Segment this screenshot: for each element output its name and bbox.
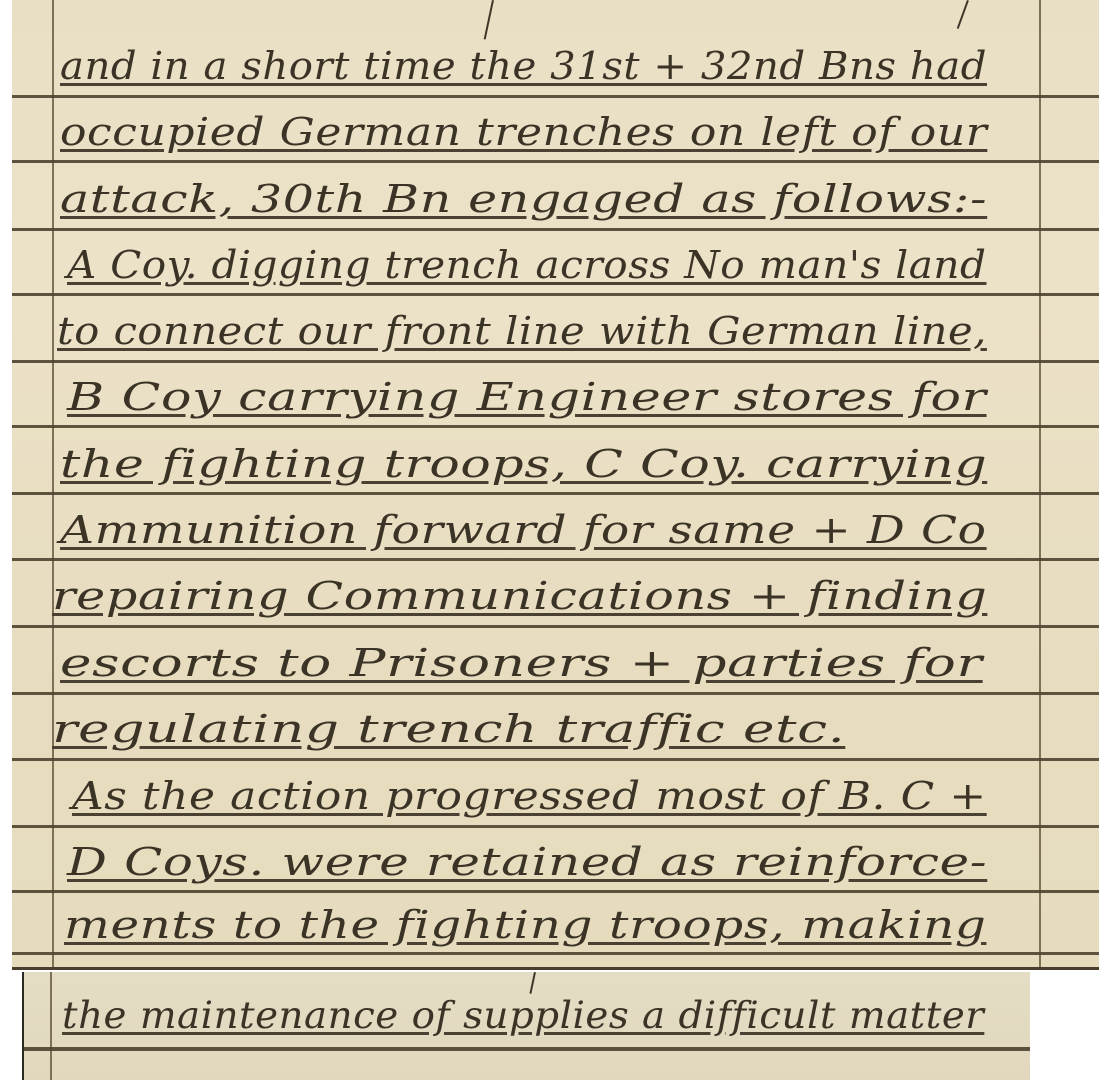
ruled-line (12, 293, 1099, 296)
diary-line-6: B Coy carrying Engineer stores for (67, 375, 987, 419)
diary-page-lower: the maintenance of supplies a difficult … (22, 972, 1030, 1080)
ruled-line (12, 160, 1099, 163)
diary-line-15: the maintenance of supplies a difficult … (62, 994, 984, 1037)
ruled-line (12, 758, 1099, 761)
ink-stroke (484, 0, 494, 40)
ruled-line (12, 95, 1099, 98)
ruled-line (12, 360, 1099, 363)
diary-line-7: the fighting troops, C Coy. carrying (60, 442, 987, 486)
diary-line-4: A Coy. digging trench across No man's la… (67, 243, 986, 287)
diary-line-13: D Coys. were retained as reinforce- (67, 840, 987, 884)
diary-line-10: escorts to Prisoners + parties for (60, 641, 983, 685)
diary-line-11: regulating trench traffic etc. (52, 707, 845, 751)
ruled-line (24, 1047, 1030, 1051)
diary-line-12: As the action progressed most of B. C + (72, 774, 987, 818)
ink-stroke (957, 0, 969, 29)
diary-line-1: and in a short time the 31st + 32nd Bns … (60, 44, 987, 88)
ruled-line (12, 492, 1099, 495)
ruled-line (12, 890, 1099, 893)
diary-line-14: ments to the fighting troops, making (64, 903, 986, 947)
ruled-line (12, 228, 1099, 231)
scanned-document: and in a short time the 31st + 32nd Bns … (0, 0, 1099, 1080)
ruled-line (12, 625, 1099, 628)
diary-line-3: attack, 30th Bn engaged as follows:- (60, 177, 987, 221)
ruled-line (12, 558, 1099, 561)
ink-stroke (529, 972, 536, 994)
diary-line-9: repairing Communications + finding (52, 574, 987, 618)
diary-page-upper: and in a short time the 31st + 32nd Bns … (12, 0, 1099, 970)
ruled-line (12, 952, 1099, 955)
diary-line-5: to connect our front line with German li… (57, 309, 987, 353)
right-margin-line (1039, 0, 1041, 967)
ruled-line (12, 425, 1099, 428)
diary-line-8: Ammunition forward for same + D Co (60, 508, 987, 552)
ruled-line (12, 692, 1099, 695)
ruled-line (12, 825, 1099, 828)
left-margin-line (50, 972, 52, 1080)
diary-line-2: occupied German trenches on left of our (60, 110, 987, 154)
left-margin-line (52, 0, 54, 967)
